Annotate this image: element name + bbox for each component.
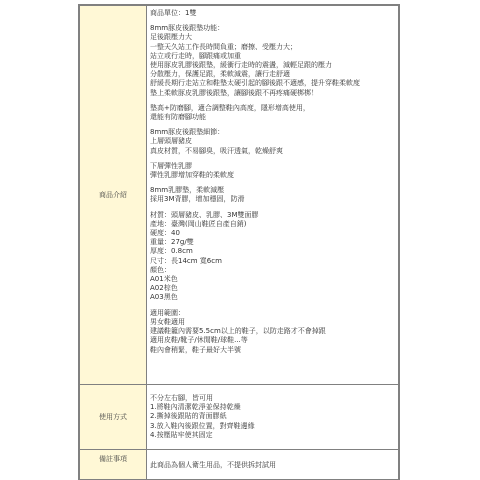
text-line: 還能有防磨腳功能 xyxy=(150,113,396,122)
text-line: 上層頭層豬皮 xyxy=(150,137,396,146)
text-line: A03黑色 xyxy=(150,293,396,302)
para-latex-pad: 8mm乳膠墊，柔軟減壓 採用3M背膠，增加穩固，防滑 xyxy=(150,186,396,204)
label-notes: 備註事項 xyxy=(79,450,147,480)
para-latex-layer: 下層彈性乳膠 彈性乳膠增加穿鞋的柔軟度 xyxy=(150,162,396,180)
text-line: 舒緩長期行走站立和鞋墊太硬引起的腳後跟不適感，提升穿鞋柔軟度 xyxy=(150,79,396,88)
row-product-intro: 商品介紹 商品單位：1雙 8mm豚皮後跟墊功能： 足後跟壓力大 一整天久站工作長… xyxy=(79,5,399,385)
para-specs: 材質：頭層豬皮、乳膠、3M雙面膠 產地：臺灣(岡山鞋匠自產自銷) 硬度：40 重… xyxy=(150,211,396,303)
text-line: 採用3M背膠，增加穩固，防滑 xyxy=(150,195,396,204)
text-line: 商品單位：1雙 xyxy=(150,9,396,18)
text-line: 適用皮鞋/靴子/休閒鞋/球鞋...等 xyxy=(150,336,396,345)
text-line: A02棕色 xyxy=(150,284,396,293)
text-line: 硬度：40 xyxy=(150,229,396,238)
text-line: A01米色 xyxy=(150,275,396,284)
text-line: 2.撕掉後跟貼的背面膠紙 xyxy=(150,412,396,421)
text-line: 彈性乳膠增加穿鞋的柔軟度 xyxy=(150,171,396,180)
text-line: 墊上柔軟豚皮乳膠後跟墊，讓腳後跟不再疼痛硬梆梆！ xyxy=(150,89,396,98)
text-line: 厚度：0.8cm xyxy=(150,247,396,256)
text-line: 尺寸：長14cm 寬6cm xyxy=(150,257,396,266)
text-line: 適用範圍： xyxy=(150,309,396,318)
para-scope: 適用範圍： 男女鞋適用 建議鞋籠內需要5.5cm以上的鞋子，以防走路才不會掉跟 … xyxy=(150,309,396,355)
text-line: 墊高+防磨腳，適合調整鞋內高度，隱形增高使用， xyxy=(150,104,396,113)
text-line: 使用豚皮乳膠後跟墊，緩衝行走時的震盪，減輕足跟的壓力 xyxy=(150,61,396,70)
text-line: 3.放入鞋內後跟位置，對齊鞋邊緣 xyxy=(150,422,396,431)
text-line: 此商品為個人衛生用品，不提供拆封試用 xyxy=(150,461,396,470)
text-line: 男女鞋適用 xyxy=(150,318,396,327)
product-spec-table: 商品介紹 商品單位：1雙 8mm豚皮後跟墊功能： 足後跟壓力大 一整天久站工作長… xyxy=(78,4,400,480)
text-line: 4.按壓貼牢使其固定 xyxy=(150,431,396,440)
text-line: 材質：頭層豬皮、乳膠、3M雙面膠 xyxy=(150,211,396,220)
para-unit: 商品單位：1雙 xyxy=(150,9,396,18)
para-notes: 此商品為個人衛生用品，不提供拆封試用 xyxy=(150,461,396,470)
para-heighten: 墊高+防磨腳，適合調整鞋內高度，隱形增高使用， 還能有防磨腳功能 xyxy=(150,104,396,122)
content-usage: 不分左右腳，皆可用 1.將鞋內清潔乾淨並保持乾燥 2.撕掉後跟貼的背面膠紙 3.… xyxy=(147,385,400,450)
text-line: 下層彈性乳膠 xyxy=(150,162,396,171)
row-notes: 備註事項 此商品為個人衛生用品，不提供拆封試用 xyxy=(79,450,399,480)
text-line: 足後跟壓力大 xyxy=(150,33,396,42)
content-product-intro: 商品單位：1雙 8mm豚皮後跟墊功能： 足後跟壓力大 一整天久站工作長時間負重；… xyxy=(147,5,400,385)
row-usage: 使用方式 不分左右腳，皆可用 1.將鞋內清潔乾淨並保持乾燥 2.撕掉後跟貼的背面… xyxy=(79,385,399,450)
text-line: 產地：臺灣(岡山鞋匠自產自銷) xyxy=(150,220,396,229)
text-line: 不分左右腳，皆可用 xyxy=(150,394,396,403)
text-line: 站立或行走時，腳跟痛或加重 xyxy=(150,52,396,61)
label-usage: 使用方式 xyxy=(79,385,147,450)
text-line: 鞋內會稍緊，鞋子最好大半號 xyxy=(150,346,396,355)
label-product-intro: 商品介紹 xyxy=(79,5,147,385)
text-line: 一整天久站工作長時間負重；磨擦、受壓力大； xyxy=(150,43,396,52)
text-line: 建議鞋籠內需要5.5cm以上的鞋子，以防走路才不會掉跟 xyxy=(150,327,396,336)
para-function: 8mm豚皮後跟墊功能： 足後跟壓力大 一整天久站工作長時間負重；磨擦、受壓力大；… xyxy=(150,24,396,98)
text-line: 顏色： xyxy=(150,266,396,275)
para-usage-steps: 不分左右腳，皆可用 1.將鞋內清潔乾淨並保持乾燥 2.撕掉後跟貼的背面膠紙 3.… xyxy=(150,394,396,440)
text-line: 真皮材質，不易腳臭，吸汗透氣，乾燥舒爽 xyxy=(150,147,396,156)
content-notes: 此商品為個人衛生用品，不提供拆封試用 xyxy=(147,450,400,480)
para-details: 8mm豚皮後跟墊細節： 上層頭層豬皮 真皮材質，不易腳臭，吸汗透氣，乾燥舒爽 xyxy=(150,128,396,156)
text-line: 1.將鞋內清潔乾淨並保持乾燥 xyxy=(150,403,396,412)
